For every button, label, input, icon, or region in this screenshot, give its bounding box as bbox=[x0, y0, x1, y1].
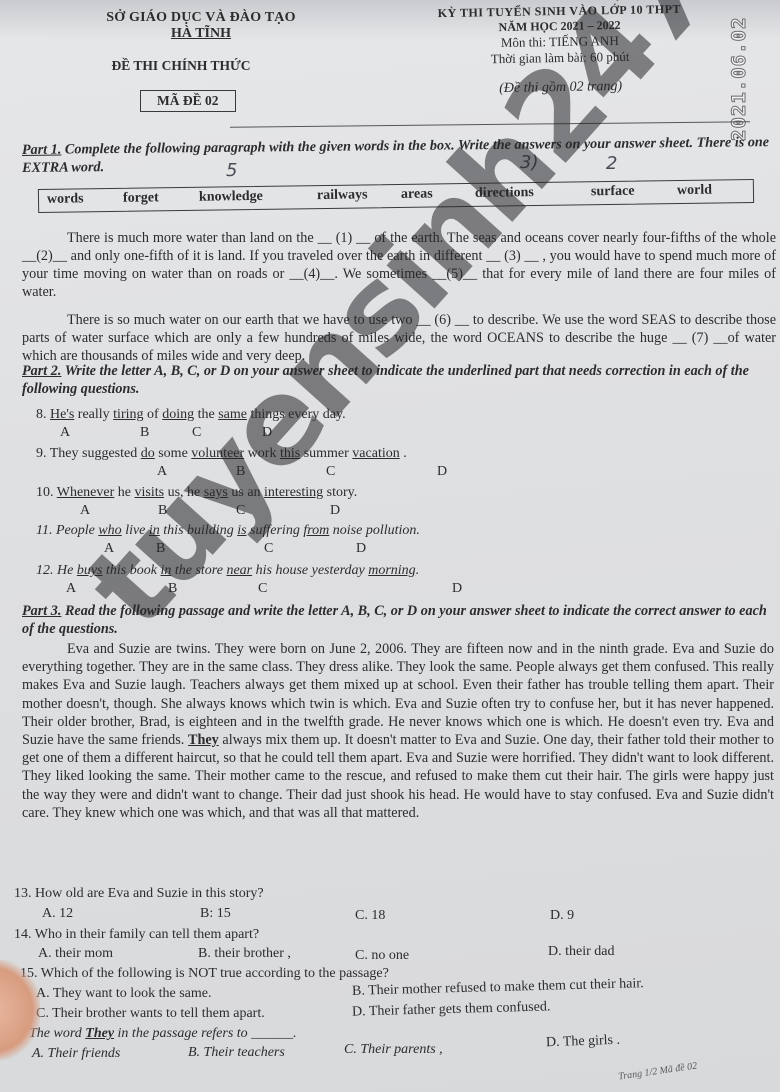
answer-letter-b: B bbox=[236, 464, 245, 480]
part3-label: Part 3. bbox=[22, 603, 61, 619]
part1-label: Part 1. bbox=[22, 142, 62, 158]
part3-instruction: Part 3. Read the following passage and w… bbox=[22, 602, 776, 638]
underlined-they: They bbox=[188, 732, 219, 748]
underlined-part: tiring bbox=[113, 407, 143, 422]
answer-letter-a: A bbox=[80, 503, 90, 519]
underlined-part: same bbox=[218, 407, 247, 422]
question-11: 11. People who live in this building is … bbox=[36, 523, 420, 539]
question-text: How old are Eva and Suzie in this story? bbox=[35, 886, 264, 901]
page-count: (Đề thi gồm 02 trang) bbox=[396, 77, 726, 99]
question-14: 14. Who in their family can tell them ap… bbox=[14, 927, 259, 943]
underlined-part: in bbox=[149, 523, 160, 538]
question-text: People bbox=[56, 523, 98, 538]
word-option: world bbox=[677, 183, 712, 199]
option-d: D. their dad bbox=[548, 944, 614, 960]
question-text: his house yesterday bbox=[252, 563, 368, 578]
question-12: 12. He buys this book in the store near … bbox=[36, 563, 419, 579]
part3-text: Read the following passage and write the… bbox=[22, 603, 767, 637]
province-name: HÀ TĨNH bbox=[86, 26, 316, 42]
word-option: areas bbox=[401, 186, 433, 202]
option-a: A. They want to look the same. bbox=[36, 986, 212, 1002]
finger-shadow bbox=[0, 960, 40, 1060]
option-b: B. Their teachers bbox=[188, 1045, 285, 1061]
word-option: forget bbox=[123, 190, 159, 206]
handwritten-mark: 2 bbox=[606, 153, 617, 174]
option-c: C. 18 bbox=[355, 908, 385, 924]
question-text: really bbox=[74, 407, 113, 422]
answer-letter-a: A bbox=[66, 581, 76, 597]
part1-paragraph-1: There is much more water than land on th… bbox=[22, 229, 776, 301]
question-text: summer bbox=[300, 446, 352, 461]
underlined-part: vacation bbox=[352, 446, 399, 461]
underlined-part: who bbox=[98, 523, 121, 538]
word-option: surface bbox=[591, 184, 635, 201]
question-text: the bbox=[194, 407, 218, 422]
answer-letter-b: B bbox=[140, 425, 149, 441]
question-text: Which of the following is NOT true accor… bbox=[41, 966, 389, 981]
question-10: 10. Whenever he visits us, he says us an… bbox=[36, 485, 357, 501]
question-text: noise pollution. bbox=[329, 523, 420, 538]
question-text: work bbox=[244, 446, 280, 461]
answer-letter-a: A bbox=[157, 464, 167, 480]
option-a: A. 12 bbox=[42, 906, 73, 922]
exam-code-box: MÃ ĐỀ 02 bbox=[140, 90, 236, 112]
underlined-part: from bbox=[303, 523, 329, 538]
underlined-part: Whenever bbox=[57, 485, 115, 500]
question-text: this book bbox=[103, 563, 161, 578]
question-text: in the passage refers to ______. bbox=[114, 1026, 297, 1041]
option-b: B: 15 bbox=[200, 906, 231, 922]
part2-text: Write the letter A, B, C, or D on your a… bbox=[22, 363, 749, 397]
answer-letter-d: D bbox=[356, 541, 366, 557]
part1-paragraph-2: There is so much water on our earth that… bbox=[22, 311, 776, 365]
option-d: D. The girls . bbox=[546, 1033, 621, 1052]
part3-passage: Eva and Suzie are twins. They were born … bbox=[22, 640, 774, 822]
question-text: the store bbox=[171, 563, 226, 578]
word-option: directions bbox=[475, 185, 534, 202]
question-number: 13. bbox=[14, 886, 32, 901]
option-c: C. Their brother wants to tell them apar… bbox=[36, 1006, 265, 1022]
underlined-part: in bbox=[160, 563, 171, 578]
underlined-word: They bbox=[85, 1026, 114, 1041]
question-text: story. bbox=[323, 485, 357, 500]
question-text: They suggested bbox=[50, 446, 141, 461]
question-13: 13. How old are Eva and Suzie in this st… bbox=[14, 886, 264, 902]
header-right: KỲ THI TUYỂN SINH VÀO LỚP 10 THPT NĂM HỌ… bbox=[394, 1, 726, 99]
part1-text: Complete the following paragraph with th… bbox=[22, 134, 769, 176]
part1-instruction: Part 1. Complete the following paragraph… bbox=[22, 133, 780, 177]
option-d: D. 9 bbox=[550, 908, 574, 924]
question-16: 16. The word They in the passage refers … bbox=[8, 1026, 297, 1042]
word-option: railways bbox=[317, 187, 368, 204]
header-divider bbox=[230, 121, 750, 127]
question-text: . bbox=[416, 563, 420, 578]
option-b: B. Their mother refused to make them cut… bbox=[352, 976, 644, 1000]
department-name: SỞ GIÁO DỤC VÀ ĐÀO TẠO bbox=[86, 10, 316, 26]
question-number: 9. bbox=[36, 446, 50, 461]
question-text: suffering bbox=[247, 523, 304, 538]
handwritten-mark: 3) bbox=[520, 152, 538, 173]
exam-paper: SỞ GIÁO DỤC VÀ ĐÀO TẠO HÀ TĨNH ĐỀ THI CH… bbox=[0, 0, 780, 1092]
question-text: he bbox=[114, 485, 134, 500]
question-text: Who in their family can tell them apart? bbox=[35, 927, 259, 942]
question-15: 15. Which of the following is NOT true a… bbox=[20, 966, 389, 982]
part2-instruction: Part 2. Write the letter A, B, C, or D o… bbox=[22, 362, 776, 398]
underlined-part: says bbox=[204, 485, 228, 500]
underlined-part: this bbox=[280, 446, 300, 461]
option-a: A. Their friends bbox=[32, 1046, 120, 1062]
answer-letter-d: D bbox=[330, 503, 340, 519]
question-text: He bbox=[57, 563, 77, 578]
question-number: 8. bbox=[36, 407, 50, 422]
word-option: words bbox=[47, 191, 84, 208]
question-number: 11. bbox=[36, 523, 56, 538]
answer-letter-c: C bbox=[264, 541, 273, 557]
handwritten-mark: 5 bbox=[226, 160, 237, 181]
question-text: live bbox=[122, 523, 149, 538]
question-text: . bbox=[400, 446, 407, 461]
official-label: ĐỀ THI CHÍNH THỨC bbox=[46, 58, 316, 74]
answer-letter-d: D bbox=[262, 425, 272, 441]
answer-letter-c: C bbox=[236, 503, 245, 519]
underlined-part: interesting bbox=[264, 485, 323, 500]
part2-label: Part 2. bbox=[22, 363, 61, 379]
page-footer: Trang 1/2 Mã đề 02 bbox=[618, 1061, 698, 1083]
header-left: SỞ GIÁO DỤC VÀ ĐÀO TẠO HÀ TĨNH ĐỀ THI CH… bbox=[86, 10, 316, 74]
answer-letter-a: A bbox=[104, 541, 114, 557]
underlined-part: morning bbox=[368, 563, 415, 578]
question-text: things every day. bbox=[247, 407, 346, 422]
option-a: A. their mom bbox=[38, 946, 113, 962]
underlined-part: He's bbox=[50, 407, 74, 422]
option-b: B. their brother , bbox=[198, 946, 291, 962]
underlined-part: doing bbox=[162, 407, 194, 422]
underlined-part: is bbox=[237, 523, 246, 538]
answer-letter-b: B bbox=[168, 581, 177, 597]
question-text: us, he bbox=[164, 485, 204, 500]
answer-letter-c: C bbox=[192, 425, 201, 441]
question-text: this building bbox=[160, 523, 237, 538]
date-stamp: 2021.06.02 bbox=[728, 4, 752, 154]
answer-letter-a: A bbox=[60, 425, 70, 441]
question-number: 12. bbox=[36, 563, 57, 578]
option-d: D. Their father gets them confused. bbox=[352, 999, 551, 1020]
option-c: C. Their parents , bbox=[344, 1042, 443, 1058]
underlined-part: do bbox=[141, 446, 155, 461]
answer-letter-c: C bbox=[258, 581, 267, 597]
answer-letter-c: C bbox=[326, 464, 335, 480]
word-option: knowledge bbox=[199, 189, 263, 206]
word-box: words forget knowledge railways areas di… bbox=[38, 179, 754, 213]
question-9: 9. They suggested do some volunteer work… bbox=[36, 446, 407, 462]
underlined-part: visits bbox=[135, 485, 165, 500]
answer-letter-d: D bbox=[452, 581, 462, 597]
question-text: some bbox=[155, 446, 192, 461]
question-number: 10. bbox=[36, 485, 57, 500]
question-text: of bbox=[144, 407, 163, 422]
answer-letter-b: B bbox=[158, 503, 167, 519]
answer-letter-b: B bbox=[156, 541, 165, 557]
underlined-part: volunteer bbox=[191, 446, 244, 461]
option-c: C. no one bbox=[355, 948, 409, 964]
answer-letter-d: D bbox=[437, 464, 447, 480]
underlined-part: near bbox=[226, 563, 252, 578]
question-number: 14. bbox=[14, 927, 32, 942]
question-8: 8. He's really tiring of doing the same … bbox=[36, 407, 346, 423]
question-text: us an bbox=[228, 485, 264, 500]
underlined-part: buys bbox=[77, 563, 103, 578]
